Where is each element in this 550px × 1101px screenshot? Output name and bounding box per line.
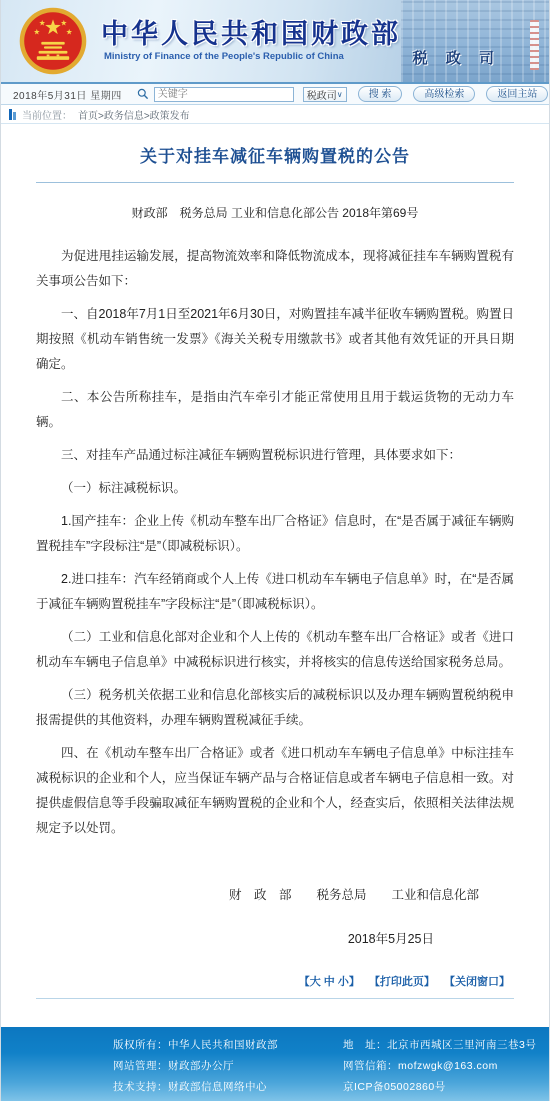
footer-right-column: 地 址：北京市西城区三里河南三巷3号 网管信箱：mofzwgk@163.com … — [343, 1037, 536, 1101]
return-main-site-button[interactable]: 返回主站 — [486, 86, 548, 102]
search-button[interactable]: 搜 索 — [358, 86, 403, 102]
footer-site-management: 网站管理：财政部办公厅 — [113, 1058, 295, 1073]
site-footer: 版权所有：中华人民共和国财政部 网站管理：财政部办公厅 技术支持：财政部信息网络… — [1, 1027, 549, 1101]
breadcrumb-label: 当前位置： — [22, 107, 72, 122]
page: 中华人民共和国财政部 Ministry of Finance of the Pe… — [0, 0, 550, 1101]
national-emblem-icon — [17, 5, 89, 77]
content-bottom-divider — [36, 998, 514, 999]
paragraph: 为促进甩挂运输发展，提高物流效率和降低物流成本，现将减征挂车车辆购置税有关事项公… — [36, 244, 514, 294]
document-number: 财政部 税务总局 工业和信息化部公告 2018年第69号 — [36, 204, 514, 221]
site-title-english: Ministry of Finance of the People's Repu… — [104, 51, 344, 62]
footer-address: 地 址：北京市西城区三里河南三巷3号 — [343, 1037, 536, 1052]
close-window-link[interactable]: 【关闭窗口】 — [444, 976, 510, 988]
paragraph: 四、在《机动车整车出厂合格证》或者《进口机动车车辆电子信息单》中标注挂车减税标识… — [36, 741, 514, 841]
footer-webmaster-email: 网管信箱：mofzwgk@163.com — [343, 1058, 536, 1073]
paragraph: （二）工业和信息化部对企业和个人上传的《机动车整车出厂合格证》或者《进口机动车车… — [36, 625, 514, 675]
page-actions: 【大 中 小】 【打印此页】 【关闭窗口】 — [36, 973, 514, 989]
breadcrumb-bars-icon — [9, 109, 16, 120]
paragraph: 一、自2018年7月1日至2021年6月30日，对购置挂车减半征收车辆购置税。购… — [36, 302, 514, 377]
footer-tech-support: 技术支持：财政部信息网络中心 — [113, 1079, 295, 1094]
footer-copyright: 版权所有：中华人民共和国财政部 — [113, 1037, 295, 1052]
title-divider — [36, 182, 514, 183]
current-date: 2018年5月31日 星期四 — [13, 87, 122, 102]
scope-select-value: 税政司 — [307, 87, 337, 102]
building-sign-decoration — [530, 20, 539, 70]
footer-icp-number: 京ICP备05002860号 — [343, 1079, 536, 1094]
search-icon — [137, 88, 149, 100]
department-name: 税 政 司 — [413, 47, 501, 68]
building-image — [401, 0, 549, 84]
paragraph: （一）标注减税标识。 — [36, 476, 514, 501]
paragraph: 二、本公告所称挂车，是指由汽车牵引才能正常使用且用于载运货物的无动力车辆。 — [36, 385, 514, 435]
print-page-link[interactable]: 【打印此页】 — [369, 976, 435, 988]
paragraph: 1.国产挂车：企业上传《机动车整车出厂合格证》信息时，在“是否属于减征车辆购置税… — [36, 509, 514, 559]
font-size-control[interactable]: 【大 中 小】 — [299, 976, 360, 988]
signing-agencies: 财 政 部 税务总局 工业和信息化部 — [36, 885, 514, 903]
breadcrumb: 当前位置： 首页>政务信息>政策发布 — [1, 105, 549, 124]
breadcrumb-path[interactable]: 首页>政务信息>政策发布 — [78, 107, 190, 122]
chevron-down-icon: ∨ — [337, 90, 343, 99]
paragraph: 2.进口挂车：汽车经销商或个人上传《进口机动车车辆电子信息单》时，在“是否属于减… — [36, 567, 514, 617]
document-body: 为促进甩挂运输发展，提高物流效率和降低物流成本，现将减征挂车车辆购置税有关事项公… — [36, 244, 514, 841]
footer-left-column: 版权所有：中华人民共和国财政部 网站管理：财政部办公厅 技术支持：财政部信息网络… — [113, 1037, 295, 1101]
page-title: 关于对挂车减征车辆购置税的公告 — [36, 142, 514, 167]
search-toolbar: 2018年5月31日 星期四 税政司 ∨ 搜 索 高级检索 返回主站 — [1, 84, 549, 105]
search-input[interactable] — [154, 87, 294, 102]
site-header: 中华人民共和国财政部 Ministry of Finance of the Pe… — [1, 0, 549, 84]
scope-select[interactable]: 税政司 ∨ — [303, 87, 347, 102]
document-date: 2018年5月25日 — [36, 929, 514, 947]
advanced-search-button[interactable]: 高级检索 — [413, 86, 475, 102]
site-title: 中华人民共和国财政部 — [101, 12, 401, 51]
article-content: 关于对挂车减征车辆购置税的公告 财政部 税务总局 工业和信息化部公告 2018年… — [1, 124, 549, 1027]
paragraph: 三、对挂车产品通过标注减征车辆购置税标识进行管理，具体要求如下： — [36, 443, 514, 468]
paragraph: （三）税务机关依据工业和信息化部核实后的减税标识以及办理车辆购置税纳税申报需提供… — [36, 683, 514, 733]
